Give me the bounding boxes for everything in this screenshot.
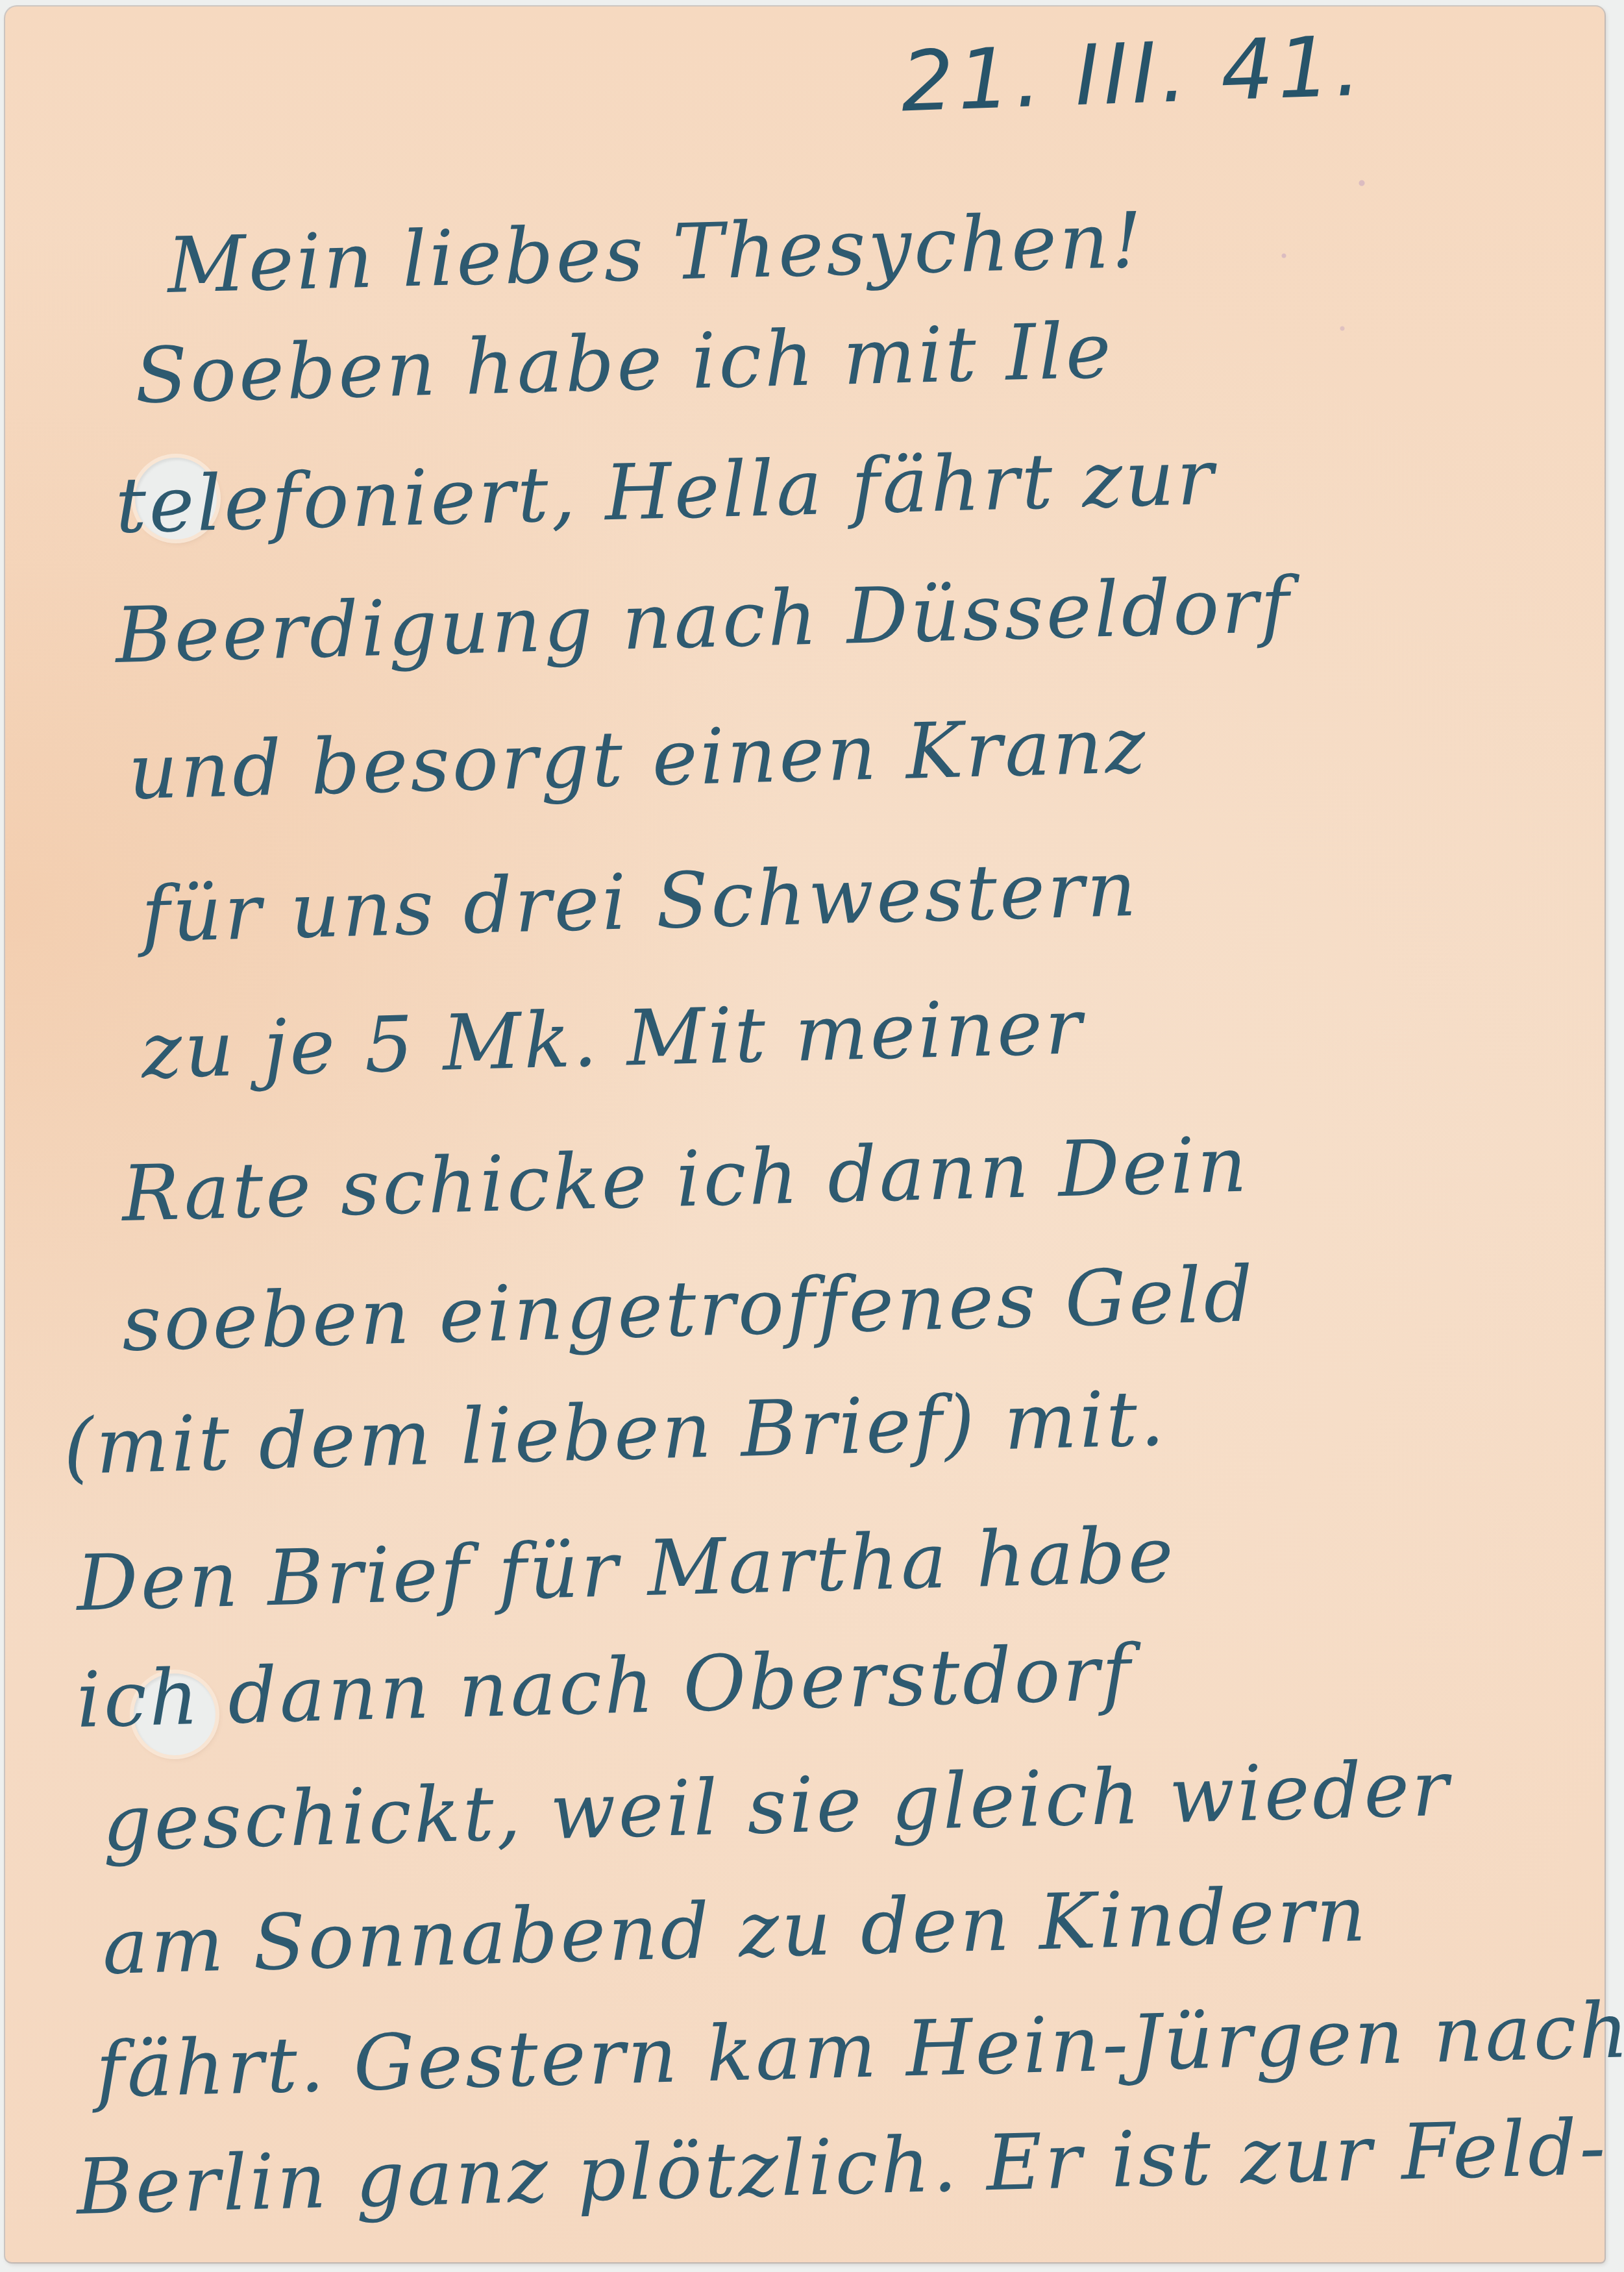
letter-line-16: Berlin ganz plötzlich. Er ist zur Feld- bbox=[75, 2102, 1609, 2232]
letter-line-3: telefoniert, Hella fährt zur bbox=[114, 432, 1217, 550]
letter-line-10: (mit dem lieben Brief) mit. bbox=[62, 1374, 1168, 1492]
letter-date: 21. III. 41. bbox=[900, 18, 1366, 131]
letter-line-9: soeben eingetroffenes Geld bbox=[121, 1249, 1257, 1368]
letter-line-11: Den Brief für Martha habe bbox=[75, 1510, 1177, 1628]
letter-line-15: fährt. Gestern kam Hein-Jürgen nach bbox=[95, 1985, 1624, 2115]
letter-line-6: für uns drei Schwestern bbox=[140, 844, 1140, 959]
postcard: 21. III. 41. Mein liebes Thesychen! Soeb… bbox=[5, 6, 1605, 2262]
letter-line-8: Rate schicke ich dann Dein bbox=[121, 1120, 1250, 1239]
letter-line-12: ich dann nach Oberstdorf bbox=[75, 1627, 1134, 1745]
letter-line-14: am Sonnabend zu den Kindern bbox=[101, 1869, 1370, 1992]
letter-line-13: geschickt, weil sie gleich wieder bbox=[101, 1744, 1452, 1868]
letter-line-4: Beerdigung nach Düsseldorf bbox=[114, 560, 1293, 680]
salutation-line: Mein liebes Thesychen! bbox=[166, 195, 1146, 310]
letter-line-7: zu je 5 Mk. Mit meiner bbox=[140, 982, 1085, 1096]
letter-line-2: Soeben habe ich mit Ile bbox=[134, 306, 1114, 421]
letter-line-5: und besorgt einen Kranz bbox=[127, 700, 1149, 817]
